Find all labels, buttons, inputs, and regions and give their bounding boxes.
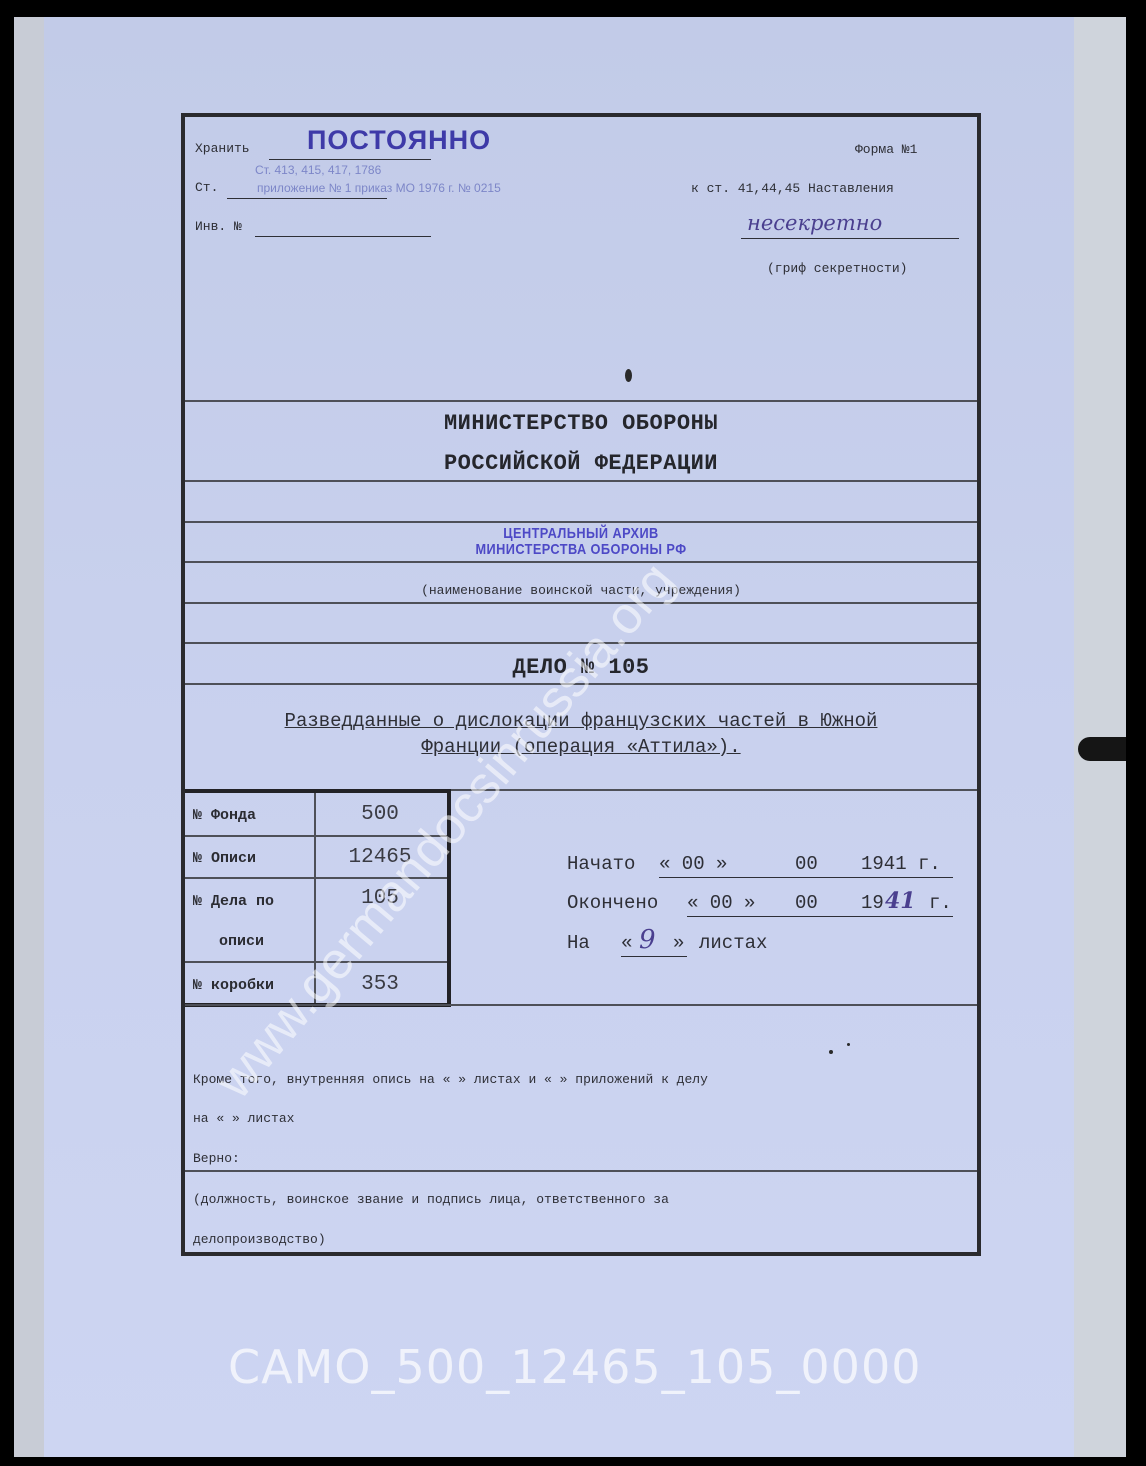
file-id-watermark: CAMO_500_12465_105_0000 [228,1340,921,1394]
sheets-close-quote: » [673,932,684,954]
article-label: Ст. [195,180,218,195]
started-day: « 00 » [659,853,727,875]
box-label: № коробки [193,977,274,994]
internal-inventory-line-2: на « » листах [193,1111,294,1126]
ministry-line-1: МИНИСТЕРСТВО ОБОРОНЫ [185,411,977,436]
form-number: Форма №1 [855,142,917,157]
sheets-label: листах [699,932,767,954]
ended-day: « 00 » [687,892,755,914]
keep-stamp-note-2: приложение № 1 приказ МО 1976 г. № 0215 [257,181,501,195]
article-underline [227,198,387,199]
page-edge-left [14,17,44,1457]
ink-speck [829,1050,833,1054]
sheets-open-quote: « [621,932,632,954]
keep-underline [269,159,431,160]
sheets-count-handwritten: 9 [639,925,656,955]
ink-speck [847,1043,850,1046]
sheets-prefix: На [567,932,590,954]
opis-label: № Описи [193,850,256,867]
inventory-underline [255,236,431,237]
ended-month: 00 [795,892,818,914]
rule [185,521,977,523]
secrecy-caption: (гриф секретности) [767,261,907,276]
sheets-underline [621,956,687,957]
rule [185,602,977,604]
archive-stamp-line-1: ЦЕНТРАЛЬНЫЙ АРХИВ [244,525,917,542]
ended-year-suffix: г. [929,892,952,914]
started-year: 1941 г. [861,853,941,875]
instruction-reference: к ст. 41,44,45 Наставления [691,181,894,196]
rule [185,561,977,563]
archive-stamp-line-2: МИНИСТЕРСТВА ОБОРОНЫ РФ [244,541,917,558]
inventory-label: Инв. № [195,219,242,234]
delo-label-2: описи [219,933,264,950]
ended-underline [687,916,953,917]
verified-label: Верно: [193,1151,240,1166]
keep-stamp-note-1: Ст. 413, 415, 417, 1786 [255,163,381,177]
started-label: Начато [567,853,635,875]
rule [185,400,977,402]
ended-year-prefix: 19 [861,892,884,914]
keep-label: Хранить [195,141,250,156]
unit-caption: (наименование воинской части, учреждения… [185,583,977,598]
ended-year-handwritten: 41 [885,888,916,914]
binder-clip [1078,737,1126,761]
ministry-line-2: РОССИЙСКОЙ ФЕДЕРАЦИИ [185,451,977,476]
responsible-line-2: делопроизводство) [193,1232,326,1247]
rule [185,1170,977,1172]
delo-label: № Дела по [193,893,274,910]
started-underline [659,877,953,878]
responsible-line-1: (должность, воинское звание и подпись ли… [193,1192,669,1207]
secrecy-underline [741,238,959,239]
ended-label: Окончено [567,892,658,914]
fond-label: № Фонда [193,807,256,824]
ink-speck [625,369,632,382]
rule [185,480,977,482]
started-month: 00 [795,853,818,875]
secrecy-handwritten: несекретно [747,211,882,235]
keep-stamp: ПОСТОЯННО [307,125,491,156]
case-description-line-2: Франции (операция «Аттила»). [185,736,977,758]
